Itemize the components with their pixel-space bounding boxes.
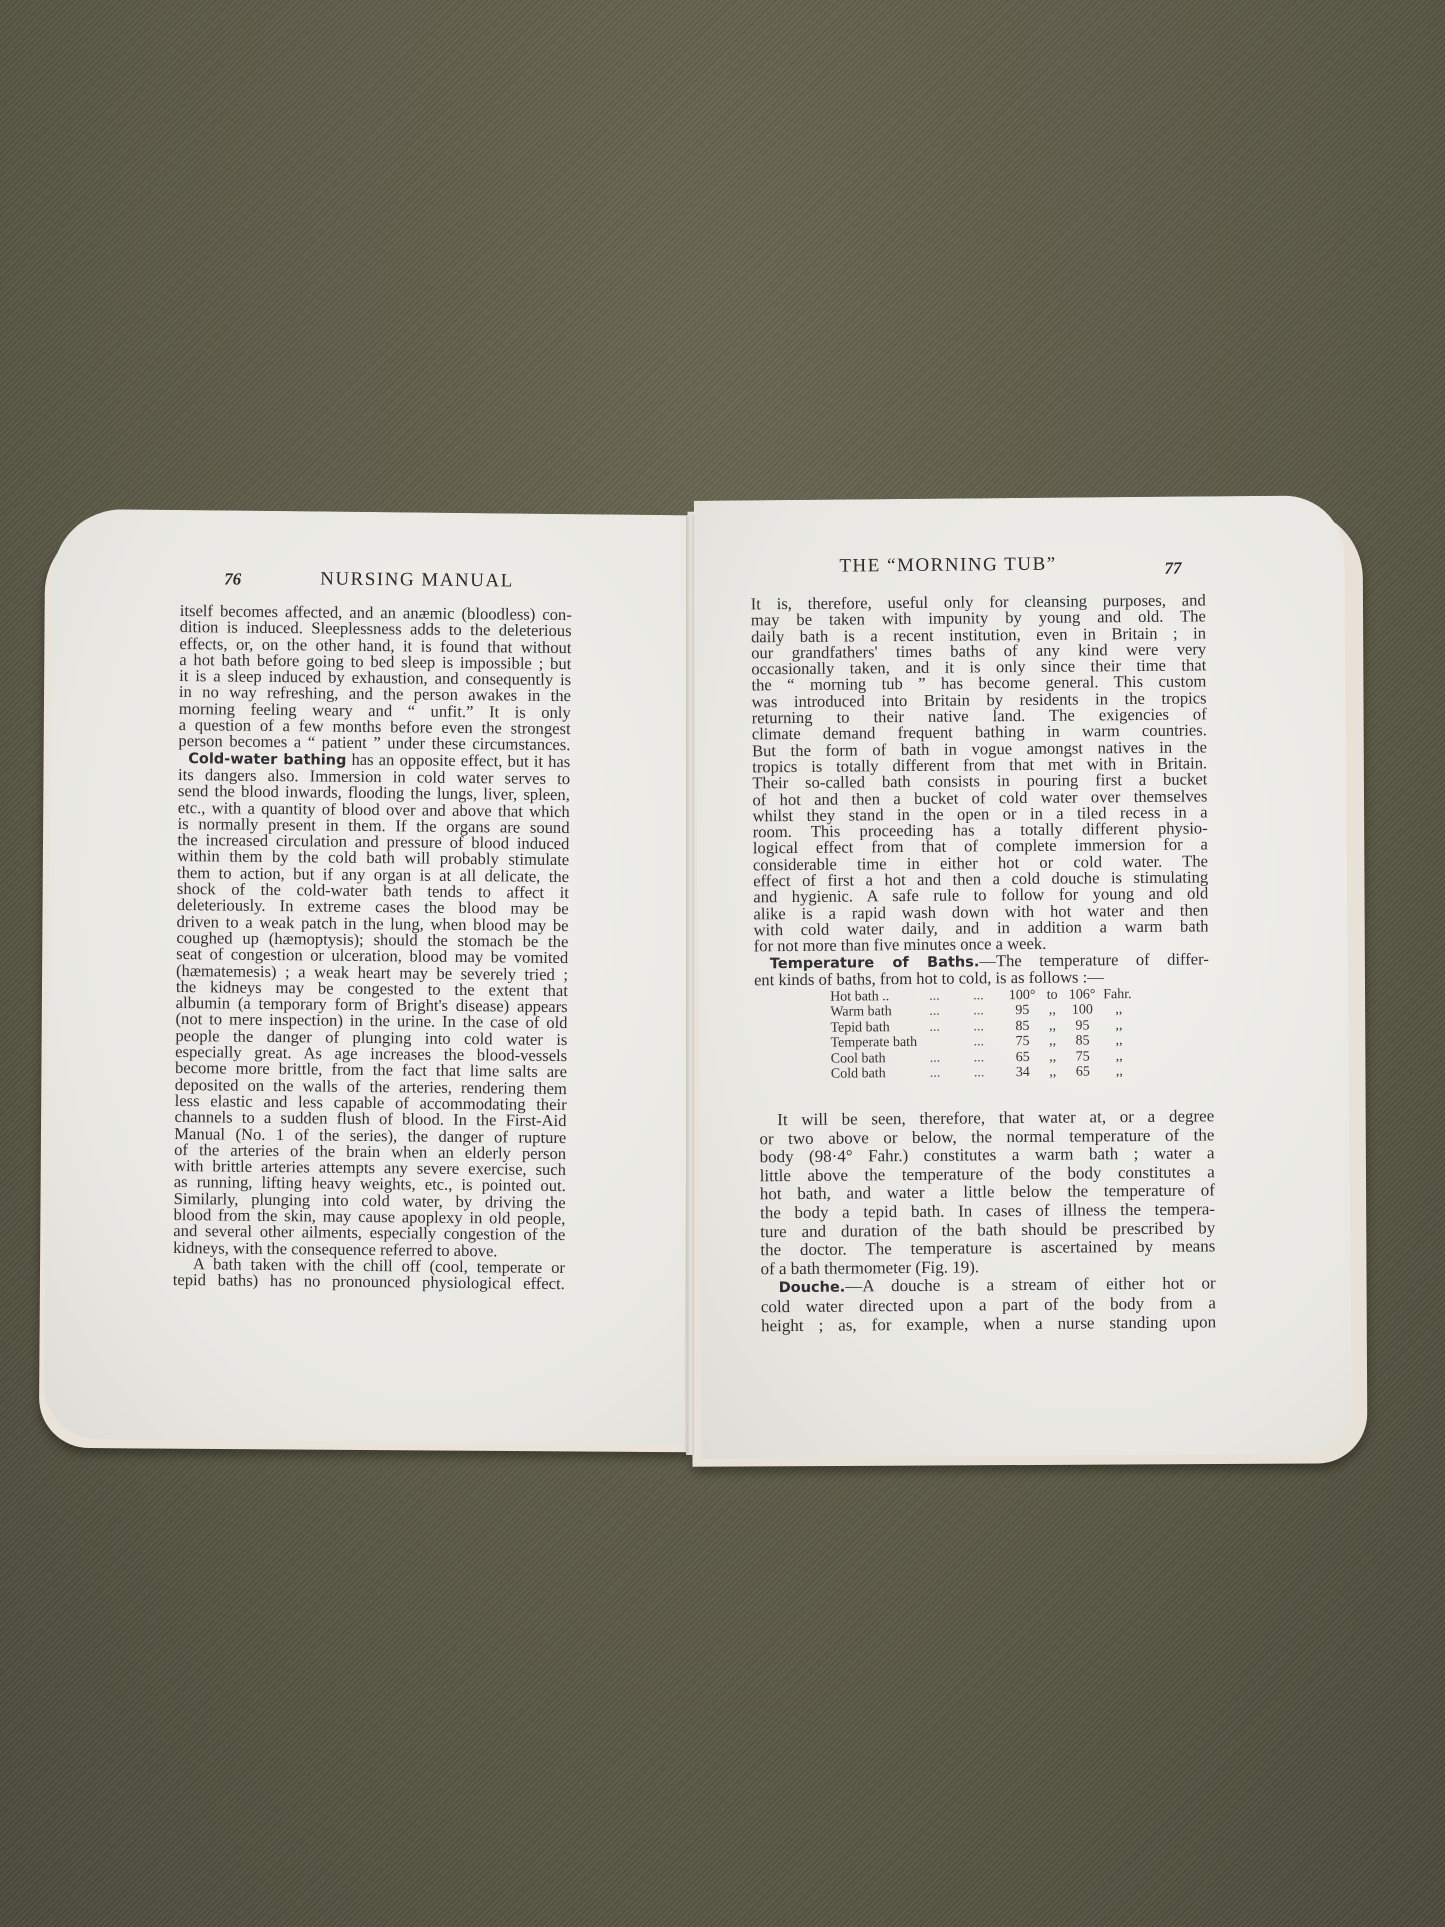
temp-to: 75 xyxy=(1066,1049,1104,1065)
text-line: tepid baths) has no pronounced physiolog… xyxy=(173,1272,565,1292)
temp-unit: Fahr. xyxy=(1103,987,1136,1003)
temp-to: 106° xyxy=(1065,987,1103,1003)
leader-dots: ... xyxy=(974,1034,1006,1050)
douche-heading: Douche. xyxy=(779,1280,846,1297)
text-line: the doctor. The temperature is ascertain… xyxy=(760,1237,1215,1260)
text-run: —A douche is a stream of either hot or xyxy=(845,1274,1216,1296)
temp-from: 100° xyxy=(1005,988,1043,1004)
paragraph-morning-tub: It is, therefore, useful only for cleans… xyxy=(751,592,1209,954)
bath-name: Cool bath xyxy=(831,1050,930,1066)
paragraph-douche: Douche.—A douche is a stream of either h… xyxy=(761,1275,1216,1336)
left-page: 76 NURSING MANUAL itself becomes affecte… xyxy=(43,509,693,1446)
running-head-right: THE “MORNING TUB” xyxy=(839,554,1056,578)
temp-separator: ,, xyxy=(1043,1018,1065,1034)
bath-name: Cold bath xyxy=(831,1066,930,1082)
temp-to: 100 xyxy=(1065,1003,1103,1019)
bath-name: Tepid bath xyxy=(830,1020,929,1036)
bath-name: Warm bath xyxy=(830,1004,929,1020)
temp-to: 85 xyxy=(1065,1034,1103,1050)
leader-dots: ... xyxy=(973,1019,1005,1035)
temp-from: 34 xyxy=(1006,1065,1044,1081)
page-number-left: 76 xyxy=(224,569,241,589)
paragraph-sleeplessness: itself becomes affected, and an anæmic (… xyxy=(178,603,572,754)
paragraph-chill-off: A bath taken with the chill off (cool, t… xyxy=(173,1256,565,1293)
temp-separator: to xyxy=(1043,988,1065,1004)
leader-dots: ... xyxy=(973,988,1005,1004)
temp-from: 85 xyxy=(1005,1019,1043,1035)
running-head-left: NURSING MANUAL xyxy=(320,568,514,592)
bath-name: Temperate bath xyxy=(831,1035,974,1052)
temp-from: 75 xyxy=(1006,1034,1044,1050)
right-page: THE “MORNING TUB” 77 It is, therefore, u… xyxy=(694,495,1352,1459)
leader-dots: ... xyxy=(974,1050,1006,1066)
temp-unit: ,, xyxy=(1103,1018,1136,1034)
text-line: height ; as, for example, when a nurse s… xyxy=(761,1313,1216,1336)
temp-unit: ,, xyxy=(1103,1002,1136,1018)
temp-unit: ,, xyxy=(1104,1064,1137,1080)
table-row: Cold bath ... ... 34 ,, 65 ,, xyxy=(831,1064,1137,1082)
leader-dots: ... xyxy=(929,988,973,1004)
leader-dots: ... xyxy=(930,1050,974,1066)
leader-dots: ... xyxy=(929,1019,973,1035)
temp-separator: ,, xyxy=(1044,1049,1066,1065)
temp-separator: ,, xyxy=(1043,1003,1065,1019)
open-book: 76 NURSING MANUAL itself becomes affecte… xyxy=(0,0,1445,1927)
bath-name: Hot bath .. xyxy=(830,989,929,1005)
leader-dots: ... xyxy=(930,1065,974,1081)
temp-from: 65 xyxy=(1006,1049,1044,1065)
table-row: Warm bath ... ... 95 ,, 100 ,, xyxy=(830,1002,1136,1020)
paragraph-temperature-of-baths: Temperature of Baths.—The temperature of… xyxy=(754,951,1209,989)
temp-unit: ,, xyxy=(1103,1033,1136,1049)
temp-to: 95 xyxy=(1065,1018,1103,1034)
bath-temperature-table: Hot bath .. ... ... 100° to 106° Fahr. W… xyxy=(830,987,1136,1082)
temp-to: 65 xyxy=(1066,1064,1104,1080)
leader-dots: ... xyxy=(929,1004,973,1020)
leader-dots: ... xyxy=(973,1004,1005,1020)
book-spine xyxy=(686,515,694,1455)
temp-unit: ,, xyxy=(1104,1049,1137,1065)
left-body-text: itself becomes affected, and an anæmic (… xyxy=(173,603,572,1293)
temp-separator: ,, xyxy=(1043,1034,1065,1050)
leader-dots: ... xyxy=(974,1065,1006,1081)
right-body-text-lower: It will be seen, therefore, that water a… xyxy=(759,1107,1216,1335)
page-number-right: 77 xyxy=(1164,559,1181,579)
paragraph-cold-water-bathing: Cold-water bathing has an opposite effec… xyxy=(173,750,570,1260)
text-line: ent kinds of baths, from hot to cold, is… xyxy=(754,968,1209,988)
paragraph-warm-bath-definition: It will be seen, therefore, that water a… xyxy=(759,1107,1215,1278)
right-body-text: It is, therefore, useful only for cleans… xyxy=(751,592,1209,988)
temp-separator: ,, xyxy=(1044,1065,1066,1081)
temp-from: 95 xyxy=(1005,1003,1043,1019)
